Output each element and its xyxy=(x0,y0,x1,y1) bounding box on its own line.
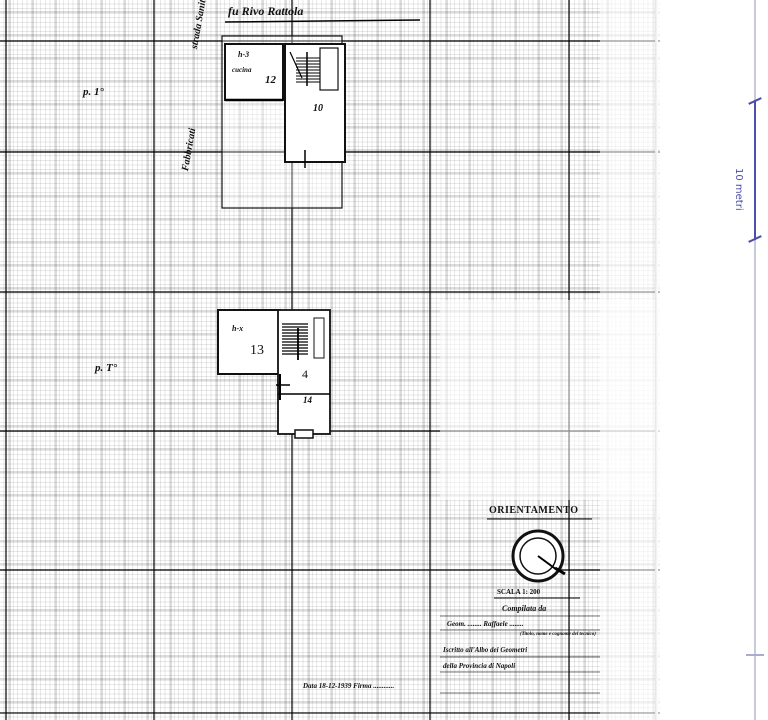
scale-label: 10 metri xyxy=(733,168,744,211)
lower-number-14: 14 xyxy=(303,395,312,405)
graph-paper-drawing xyxy=(0,0,660,720)
signature-line-4: Iscritto all'Albo dei Geometri xyxy=(443,646,527,654)
scale-segment[interactable] xyxy=(754,100,756,240)
scale-text: SCALA 1: 200 xyxy=(497,588,540,596)
signature-line-1: Compilata da xyxy=(502,604,546,613)
lower-room-code: h-x xyxy=(232,324,243,333)
signature-line-2: Geom. ........ Raffaele ........ xyxy=(447,620,523,628)
lower-number-4: 4 xyxy=(302,367,308,382)
orientation-title: ORIENTAMENTO xyxy=(489,505,579,516)
signature-line-6: Data 18-12-1939 Firma ............ xyxy=(303,682,394,690)
upper-room-code: h-3 xyxy=(238,50,249,59)
signature-line-5: della Provincia di Napoli xyxy=(443,662,515,670)
upper-number-10: 10 xyxy=(313,103,323,114)
floor-label-upper: p. 1° xyxy=(83,86,104,98)
upper-number-12: 12 xyxy=(265,74,276,86)
lower-number-13: 13 xyxy=(250,343,264,359)
page-edge xyxy=(655,0,658,720)
street-label: fu Rivo Rattola xyxy=(228,4,303,19)
signature-line-3: (Titolo, nome e cognome del tecnico) xyxy=(520,632,596,637)
floor-plan-sheet: fu Rivo Rattola strada Sanità Fabbricati… xyxy=(0,0,660,720)
upper-room-label: cucina xyxy=(232,66,251,74)
measure-scale-bar[interactable] xyxy=(750,0,760,720)
floor-label-lower: p. T° xyxy=(95,362,117,374)
scale-faint-tick xyxy=(746,654,764,656)
